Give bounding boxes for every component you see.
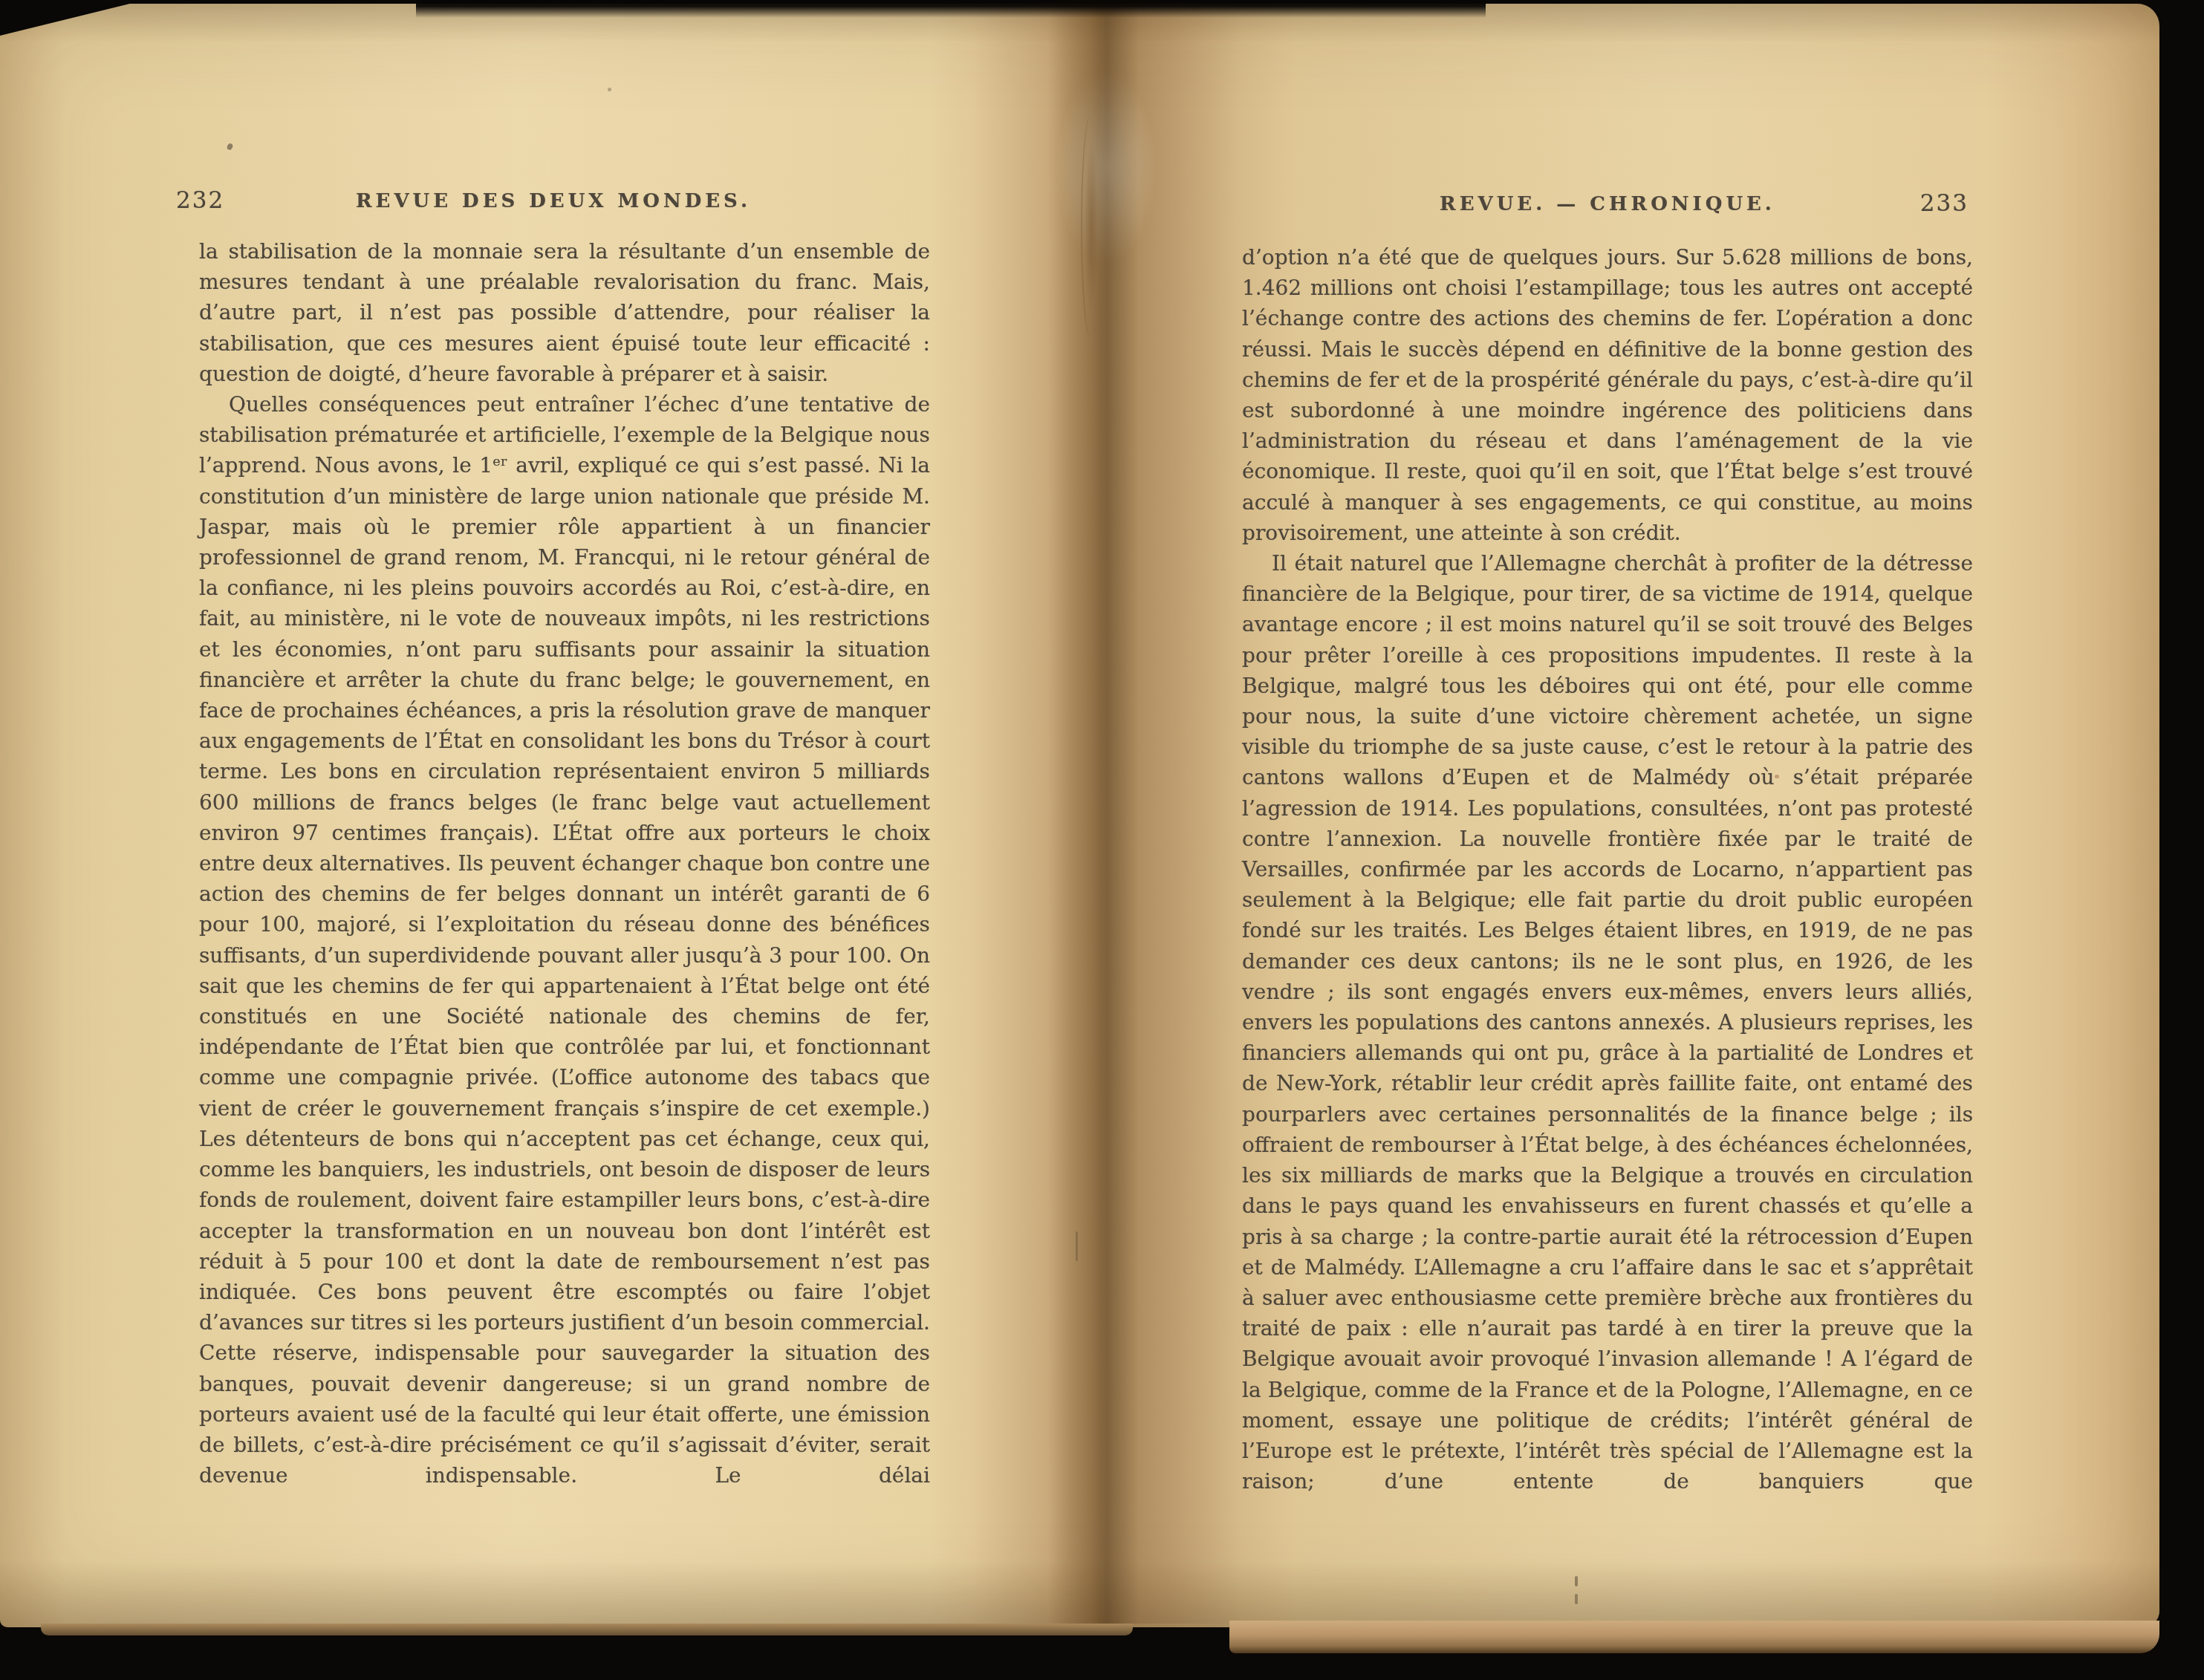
page-block-edge-left — [41, 1624, 1133, 1635]
running-header-right: REVUE. — CHRONIQUE. — [1242, 193, 1973, 215]
body-paragraph: la stabilisation de la monnaie sera la r… — [199, 236, 930, 389]
page-header-left: 232 REVUE DES DEUX MONDES. — [176, 187, 931, 218]
running-header-left: REVUE DES DEUX MONDES. — [176, 190, 931, 212]
text-column-right: d’option n’a été que de quelques jours. … — [1242, 242, 1973, 1497]
page-number-right: 233 — [1920, 190, 1969, 217]
page-left: 232 REVUE DES DEUX MONDES. la stabilisat… — [0, 0, 1159, 1624]
book-scan: 232 REVUE DES DEUX MONDES. la stabilisat… — [0, 0, 2204, 1680]
body-paragraph: Quelles conséquences peut entraîner l’éc… — [199, 389, 930, 1491]
background-strip-right — [2159, 0, 2204, 1680]
dust-speck — [608, 88, 611, 91]
page-header-right: REVUE. — CHRONIQUE. 233 — [1242, 190, 1973, 221]
text-column-left: la stabilisation de la monnaie sera la r… — [199, 236, 930, 1491]
dust-speck — [1775, 775, 1779, 778]
scan-artifact-mark — [1076, 1231, 1078, 1261]
page-right: REVUE. — CHRONIQUE. 233 d’option n’a été… — [1159, 0, 2159, 1624]
scan-artifact-mark — [1575, 1576, 1578, 1586]
body-paragraph: Il était naturel que l’Allemagne cherchâ… — [1242, 548, 1973, 1497]
body-paragraph: d’option n’a été que de quelques jours. … — [1242, 242, 1973, 548]
page-block-edge-right — [1229, 1621, 2159, 1653]
